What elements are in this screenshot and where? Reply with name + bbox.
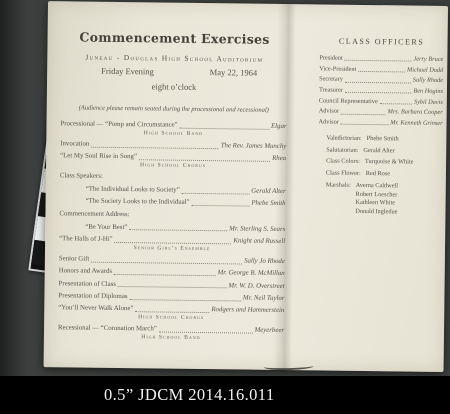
program-line: Presentation of DiplomasMr. Neil Taylor [58, 292, 284, 303]
officer-row: PresidentJerry Bruce [319, 55, 443, 64]
detail-value: Gerald Alter [363, 147, 394, 155]
dotted-leader [159, 331, 253, 333]
dotted-leader [341, 113, 386, 115]
class-detail-row: Valedictorian:Phebe Smith [326, 135, 442, 145]
officer-role: Advisor [319, 118, 339, 125]
venue-line: Juneau - Douglas High School Auditorium [61, 54, 287, 65]
dotted-leader [192, 205, 250, 207]
officer-name: Jerry Bruce [413, 56, 443, 64]
program-item-title: Presentation of Class [59, 280, 116, 289]
officer-name: Ben Hogins [413, 88, 443, 96]
detail-value: Donald Ingledue [355, 208, 397, 216]
program-item-title: Recessional — “Coronation March” [58, 324, 157, 333]
date-row: Friday Evening May 22, 1964 [61, 66, 287, 79]
detail-value: Phebe Smith [367, 135, 399, 143]
detail-value: Turquoise & White [365, 158, 414, 166]
detail-value: Kathleen White [355, 199, 397, 207]
program-item-title: Senior Gift [59, 255, 89, 263]
program-row: “Be Your Best”Mr. Sterling S. Sears [59, 223, 285, 234]
program-section-header: Class Speakers: [60, 173, 286, 184]
detail-values: Gerald Alter [363, 147, 394, 156]
program-line: Class Speakers: [60, 173, 286, 184]
program-item-name: Gerald Alter [251, 187, 286, 195]
program-item-title: Honors and Awards [59, 267, 112, 275]
program-line: Senior GiftSally Jo Rhode [59, 255, 285, 266]
photo-edge-shadow [0, 0, 26, 376]
dotted-leader [114, 274, 215, 276]
program-item-name: Rodgers and Hammerstein [211, 306, 284, 315]
dotted-leader [129, 299, 240, 301]
program-item-title: “The Individual Looks to Society” [86, 185, 180, 194]
program-item-name: Rhea [272, 155, 286, 163]
program-item-name: Mr. W. D. Overstreet [228, 282, 284, 290]
program-item-title: Class Speakers: [60, 173, 103, 181]
officer-row: SecretarySally Rhode [319, 76, 443, 85]
program-row: Senior GiftSally Jo Rhode [59, 255, 285, 266]
program-row: Processional — “Pomp and Circumstance”El… [60, 120, 286, 138]
detail-label: Marshals: [325, 181, 350, 217]
program-row: InvocationThe Rev. James Munchy [60, 140, 286, 151]
dotted-leader [380, 103, 412, 104]
program-row: Presentation of ClassMr. W. D. Overstree… [59, 280, 285, 291]
detail-value: Red Rose [366, 170, 390, 178]
program-line: Presentation of ClassMr. W. D. Overstree… [59, 280, 285, 291]
class-detail-row: Class Colors:Turquoise & White [326, 158, 442, 168]
officer-role: Council Representative [319, 97, 378, 105]
program-page-left: Commencement Exercises Juneau - Douglas … [58, 1, 288, 347]
dotted-leader [129, 229, 227, 231]
program-item-title: Invocation [60, 140, 89, 148]
program-row: Honors and AwardsMr. George B. McMillan [59, 267, 285, 278]
officer-name: Sybil Davis [414, 98, 443, 106]
program-item-performer: High School Chorus [60, 161, 286, 170]
program-item-performer: High School Band [58, 333, 284, 342]
photograph-area: () Commencement Exercises Juneau - Dougl… [0, 0, 450, 376]
program-item-title: “You’ll Never Walk Alone” [58, 305, 133, 314]
event-date: May 22, 1964 [210, 68, 258, 78]
officer-name: Mrs. Barbara Cooper [388, 109, 443, 117]
officer-row: AdvisorMrs. Barbara Cooper [319, 108, 443, 117]
dotted-leader [135, 311, 209, 313]
program-row: Presentation of DiplomasMr. Neil Taylor [58, 292, 284, 303]
dotted-leader [358, 71, 405, 73]
detail-values: Turquoise & White [365, 158, 414, 167]
program-line: “The Society Looks to the Individual”Phe… [60, 198, 286, 209]
program-item-performer: High School Chorus [58, 313, 284, 322]
program-line: “The Individual Looks to Society”Gerald … [60, 185, 286, 196]
program-item-title: “Let My Soul Rise in Song” [60, 153, 137, 162]
officer-role: Advisor [319, 108, 339, 115]
catalog-caption: 0.5” JDCM 2014.16.011 [0, 376, 450, 414]
program-item-name: Phebe Smith [251, 200, 285, 208]
detail-label: Valedictorian: [326, 135, 361, 144]
program-item-title: “The Society Looks to the Individual” [86, 198, 190, 207]
program-row: Recessional — “Coronation March”Meyerbee… [58, 324, 284, 342]
dotted-leader [118, 286, 226, 288]
program-list: Processional — “Pomp and Circumstance”El… [58, 120, 287, 342]
program-item-title: Processional — “Pomp and Circumstance” [60, 120, 177, 129]
program-item-name: The Rev. James Munchy [221, 142, 287, 151]
detail-value: Robert Loescher [355, 190, 397, 198]
program-line: “Be Your Best”Mr. Sterling S. Sears [59, 223, 285, 234]
event-time: eight o’clock [61, 81, 287, 94]
program-item-performer: High School Band [60, 129, 286, 138]
program-section-header: Commencement Address: [59, 210, 285, 221]
dotted-leader [139, 159, 270, 162]
program-item-title: Commencement Address: [59, 210, 129, 219]
dotted-leader [180, 128, 269, 130]
detail-label: Class Flower: [326, 170, 361, 179]
detail-values: Phebe Smith [367, 135, 399, 144]
officer-role: Vice-President [319, 65, 356, 73]
program-item-name: Sally Jo Rhode [244, 257, 285, 265]
program-row: “The Individual Looks to Society”Gerald … [60, 185, 286, 196]
program-row: “You’ll Never Walk Alone”Rodgers and Ham… [58, 305, 284, 323]
officer-name: Sally Rhode [413, 77, 443, 85]
officer-role: Treasurer [319, 86, 343, 94]
detail-label: Salutatorian: [326, 146, 358, 155]
officer-row: TreasurerBen Hogins [319, 86, 443, 95]
officer-role: President [319, 55, 343, 63]
program-item-name: Elgar [271, 123, 287, 131]
detail-values: Averna CaldwellRobert LoescherKathleen W… [355, 182, 398, 218]
program-booklet: Commencement Exercises Juneau - Douglas … [44, 1, 448, 372]
event-day: Friday Evening [101, 67, 154, 77]
officer-name: Mr. Kenneth Grinser [390, 119, 442, 127]
officers-title: CLASS OFFICERS [320, 36, 444, 47]
program-item-title: Presentation of Diplomas [58, 292, 127, 301]
dotted-leader [115, 242, 232, 244]
class-detail-row: Marshals:Averna CaldwellRobert LoescherK… [325, 181, 441, 218]
program-row: “The Halls of J-Hi”Knight and RussellSen… [59, 235, 285, 253]
officer-row: Council RepresentativeSybil Davis [319, 97, 443, 106]
dotted-leader [345, 92, 412, 94]
officer-row: Vice-PresidentMichael Dodd [319, 65, 443, 74]
dotted-leader [341, 124, 388, 126]
dotted-leader [182, 192, 250, 194]
program-page-right: CLASS OFFICERS PresidentJerry BruceVice-… [317, 4, 444, 220]
officer-name: Michael Dodd [407, 66, 443, 74]
program-item-name: Mr. Sterling S. Sears [229, 225, 285, 233]
detail-label: Class Colors: [326, 158, 360, 167]
class-details-list: Valedictorian:Phebe SmithSalutatorian:Ge… [317, 135, 442, 218]
program-line: Commencement Address: [59, 210, 285, 221]
program-item-name: Mr. George B. McMillan [218, 269, 285, 278]
detail-value: Averna Caldwell [356, 182, 398, 190]
dotted-leader [345, 81, 411, 83]
program-line: InvocationThe Rev. James Munchy [60, 140, 286, 151]
class-detail-row: Salutatorian:Gerald Alter [326, 146, 442, 156]
dotted-leader [91, 146, 218, 149]
officer-row: AdvisorMr. Kenneth Grinser [319, 118, 443, 127]
edge-smudge [264, 363, 314, 371]
program-item-name: Meyerbeer [255, 327, 285, 335]
class-detail-row: Class Flower:Red Rose [326, 170, 442, 180]
program-row: “Let My Soul Rise in Song”RheaHigh Schoo… [60, 153, 286, 171]
dotted-leader [345, 60, 412, 62]
officers-list: PresidentJerry BruceVice-PresidentMichae… [319, 55, 444, 127]
dotted-leader [91, 261, 242, 264]
program-line: Honors and AwardsMr. George B. McMillan [59, 267, 285, 278]
program-item-title: “The Halls of J-Hi” [59, 235, 113, 243]
program-item-name: Knight and Russell [233, 237, 285, 245]
page-title: Commencement Exercises [61, 30, 287, 47]
audience-notice: (Audience please remain seated during th… [61, 104, 287, 114]
detail-values: Red Rose [366, 170, 390, 179]
officer-role: Secretary [319, 76, 343, 84]
program-item-name: Mr. Neil Taylor [243, 294, 285, 302]
archive-photo-card: () Commencement Exercises Juneau - Dougl… [0, 0, 450, 414]
program-item-performer: Senior Girl’s Ensemble [59, 244, 285, 253]
program-row: “The Society Looks to the Individual”Phe… [60, 198, 286, 209]
program-item-title: “Be Your Best” [85, 223, 127, 231]
